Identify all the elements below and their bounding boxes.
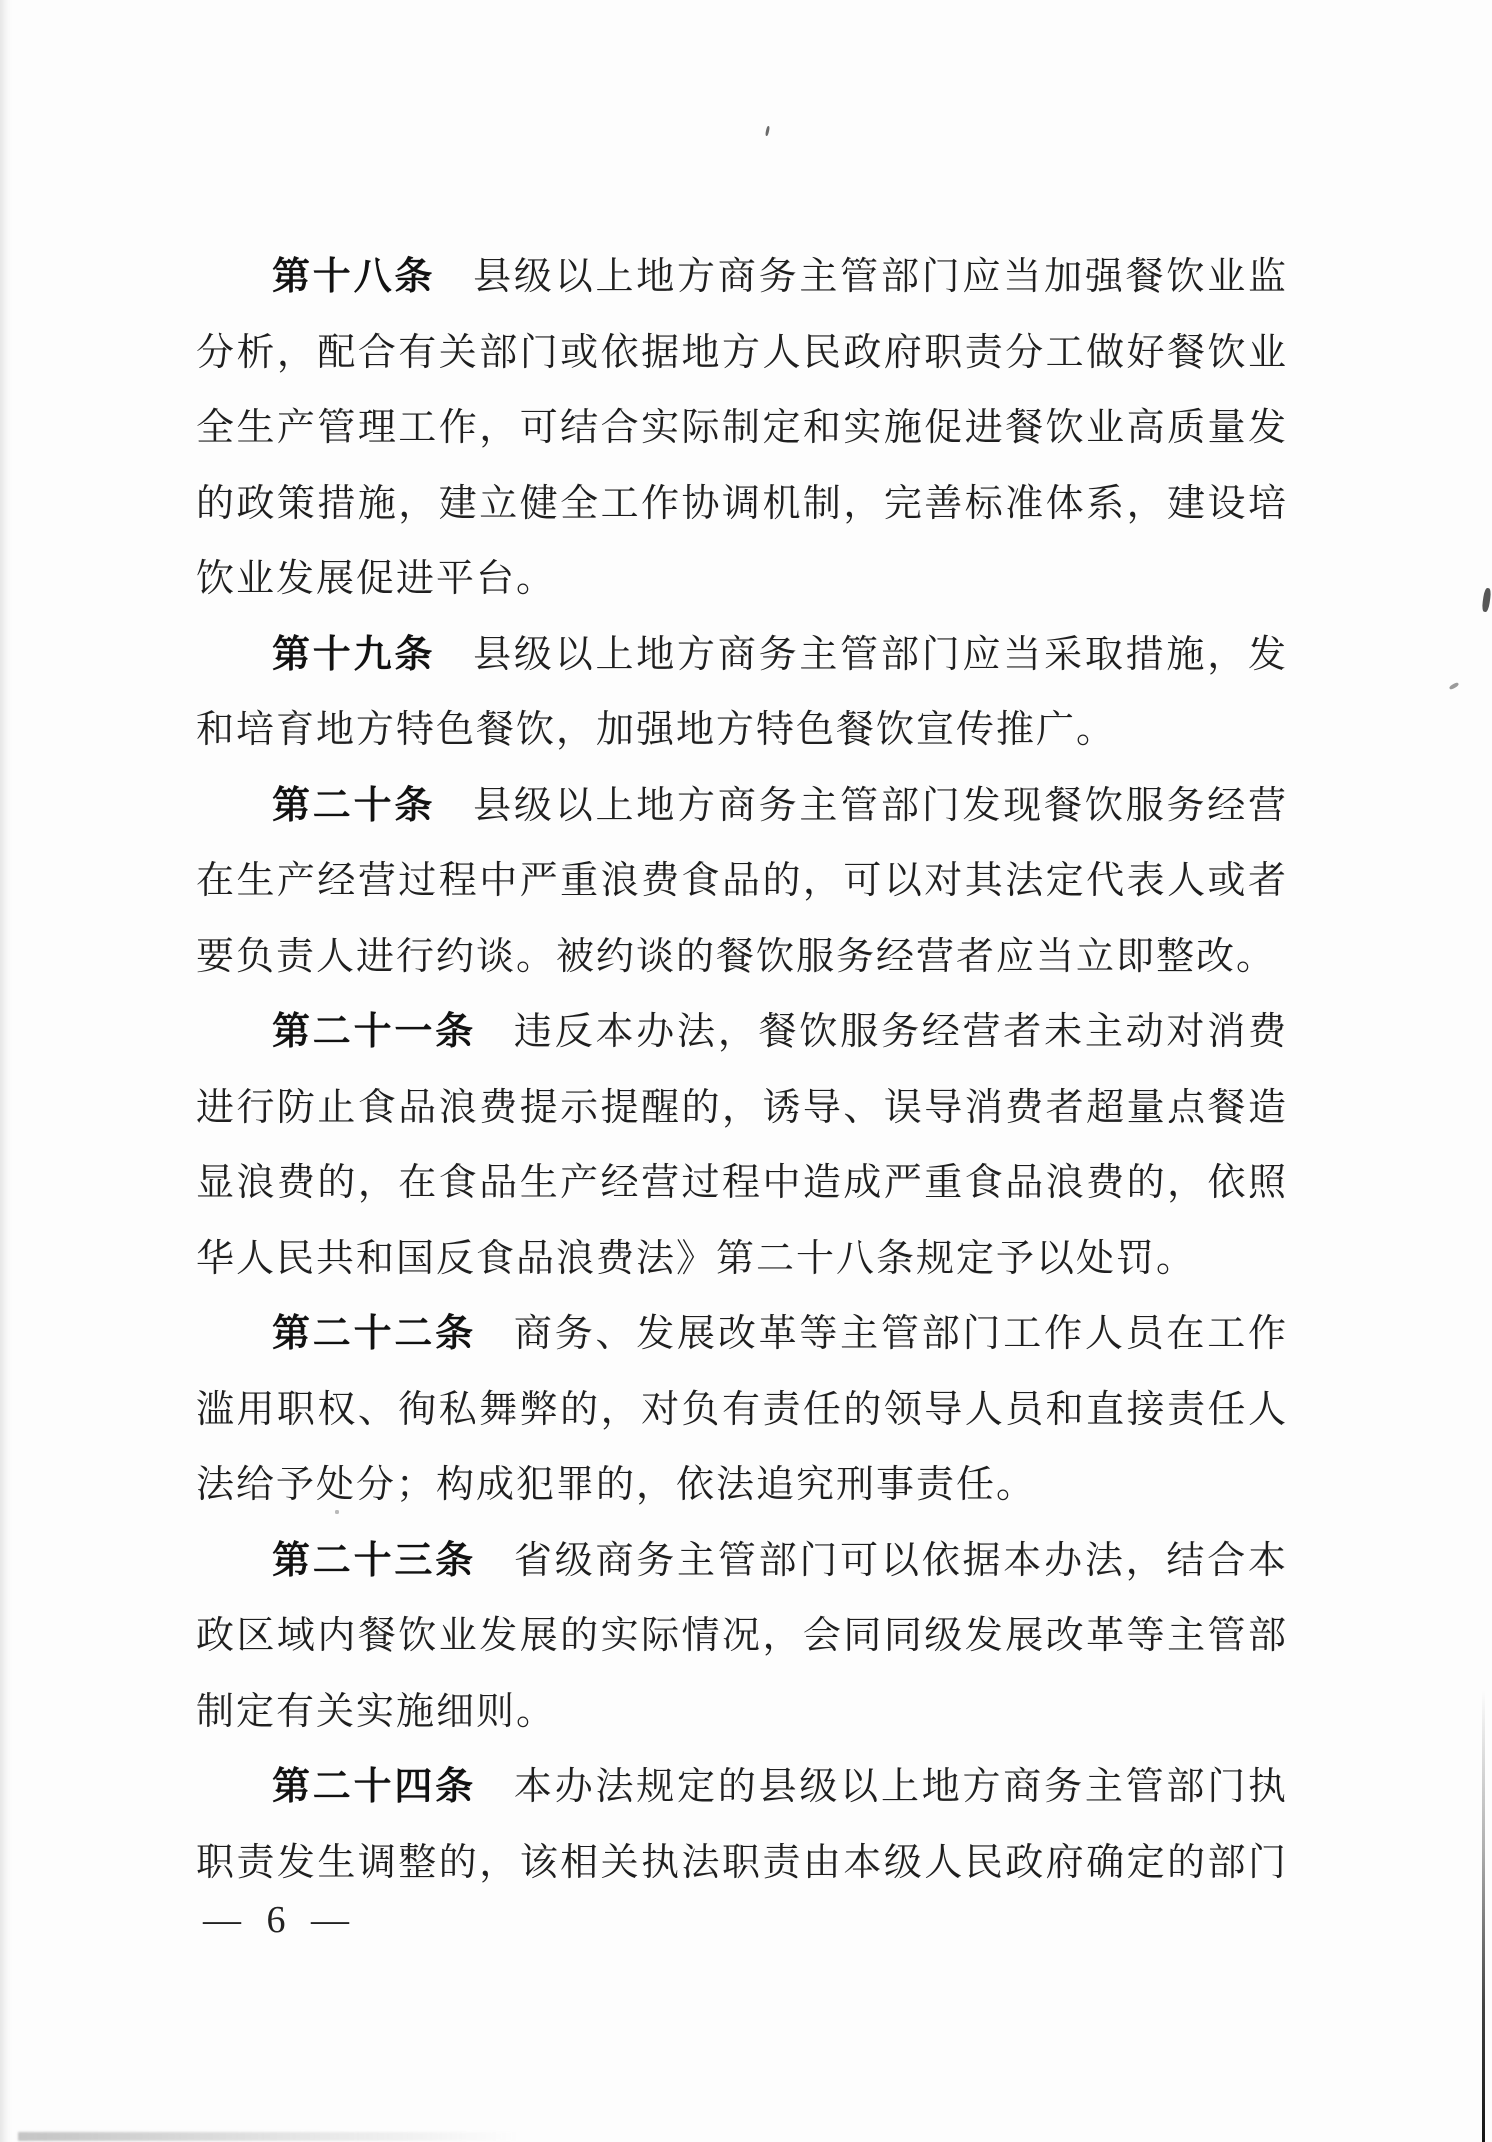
scan-edge-shadow	[0, 0, 12, 2142]
line-text: 滥用职权、徇私舞弊的，对负有责任的领导人员和直接责任人员依	[196, 1389, 1288, 1449]
article-number: 第二十一条	[272, 1011, 476, 1053]
text-line: 第二十一条违反本办法，餐饮服务经营者未主动对消费者	[196, 995, 1288, 1071]
line-text: 全生产管理工作，可结合实际制定和实施促进餐饮业高质量发展	[196, 407, 1288, 467]
line-text: 职责发生调整的，该相关执法职责由本级人民政府确定的部门	[196, 1842, 1288, 1884]
line-text: 的政策措施，建立健全工作协调机制，完善标准体系，建设培育餐	[196, 483, 1288, 543]
text-line: 分析，配合有关部门或依据地方人民政府职责分工做好餐饮业安	[196, 316, 1288, 392]
text-line: 的政策措施，建立健全工作协调机制，完善标准体系，建设培育餐	[196, 467, 1288, 543]
article-21: 第二十一条违反本办法，餐饮服务经营者未主动对消费者 进行防止食品浪费提示提醒的，…	[196, 995, 1288, 1297]
text-line: 政区域内餐饮业发展的实际情况，会同同级发展改革等主管部门	[196, 1599, 1288, 1675]
article-24: 第二十四条本办法规定的县级以上地方商务主管部门执法 职责发生调整的，该相关执法职…	[196, 1750, 1288, 1901]
article-23: 第二十三条省级商务主管部门可以依据本办法，结合本行 政区域内餐饮业发展的实际情况…	[196, 1524, 1288, 1751]
scan-speckle	[1481, 588, 1491, 613]
text-line: 法给予处分；构成犯罪的，依法追究刑事责任。	[196, 1448, 1288, 1524]
scan-speckle	[335, 1510, 339, 1514]
line-text: 华人民共和国反食品浪费法》第二十八条规定予以处罚。	[196, 1238, 1196, 1280]
article-number: 第二十条	[272, 785, 435, 827]
text-line: 和培育地方特色餐饮，加强地方特色餐饮宣传推广。	[196, 693, 1288, 769]
line-text: 法给予处分；构成犯罪的，依法追究刑事责任。	[196, 1464, 1036, 1506]
scan-edge-line	[1482, 1690, 1485, 2142]
text-line: 第十九条县级以上地方商务主管部门应当采取措施，发展	[196, 618, 1288, 694]
line-text: 在生产经营过程中严重浪费食品的，可以对其法定代表人或者主	[196, 860, 1288, 920]
text-line: 制定有关实施细则。	[196, 1675, 1288, 1751]
text-line: 第二十三条省级商务主管部门可以依据本办法，结合本行	[196, 1524, 1288, 1600]
text-line: 第二十二条商务、发展改革等主管部门工作人员在工作中	[196, 1297, 1288, 1373]
line-text: 进行防止食品浪费提示提醒的，诱导、误导消费者超量点餐造成明	[196, 1087, 1288, 1147]
scan-speckle	[1449, 682, 1460, 690]
page-number: — 6 —	[203, 1898, 350, 1942]
line-text: 显浪费的，在食品生产经营过程中造成严重食品浪费的，依照《中	[196, 1162, 1288, 1222]
text-line: 显浪费的，在食品生产经营过程中造成严重食品浪费的，依照《中	[196, 1146, 1288, 1222]
text-line: 进行防止食品浪费提示提醒的，诱导、误导消费者超量点餐造成明	[196, 1071, 1288, 1147]
line-text: 制定有关实施细则。	[196, 1691, 556, 1733]
text-line: 第二十条县级以上地方商务主管部门发现餐饮服务经营者	[196, 769, 1288, 845]
line-text: 政区域内餐饮业发展的实际情况，会同同级发展改革等主管部门	[196, 1615, 1288, 1675]
scan-smudge	[18, 2132, 518, 2141]
article-number: 第二十四条	[272, 1766, 476, 1808]
line-text: 要负责人进行约谈。被约谈的餐饮服务经营者应当立即整改。	[196, 936, 1276, 978]
article-number: 第十九条	[272, 634, 435, 676]
text-line: 职责发生调整的，该相关执法职责由本级人民政府确定的部门	[196, 1826, 1288, 1902]
article-number: 第十八条	[272, 256, 435, 298]
scan-speckle	[765, 126, 770, 136]
text-line: 在生产经营过程中严重浪费食品的，可以对其法定代表人或者主	[196, 844, 1288, 920]
line-text: 分析，配合有关部门或依据地方人民政府职责分工做好餐饮业安	[196, 332, 1288, 392]
text-line: 第十八条县级以上地方商务主管部门应当加强餐饮业监测	[196, 240, 1288, 316]
document-page: 第十八条县级以上地方商务主管部门应当加强餐饮业监测 分析，配合有关部门或依据地方…	[0, 0, 1492, 2142]
article-22: 第二十二条商务、发展改革等主管部门工作人员在工作中 滥用职权、徇私舞弊的，对负有…	[196, 1297, 1288, 1524]
text-line: 滥用职权、徇私舞弊的，对负有责任的领导人员和直接责任人员依	[196, 1373, 1288, 1449]
text-line: 饮业发展促进平台。	[196, 542, 1288, 618]
article-20: 第二十条县级以上地方商务主管部门发现餐饮服务经营者 在生产经营过程中严重浪费食品…	[196, 769, 1288, 996]
article-19: 第十九条县级以上地方商务主管部门应当采取措施，发展 和培育地方特色餐饮，加强地方…	[196, 618, 1288, 769]
article-number: 第二十三条	[272, 1540, 476, 1582]
text-line: 第二十四条本办法规定的县级以上地方商务主管部门执法	[196, 1750, 1288, 1826]
text-line: 要负责人进行约谈。被约谈的餐饮服务经营者应当立即整改。	[196, 920, 1288, 996]
text-line: 全生产管理工作，可结合实际制定和实施促进餐饮业高质量发展	[196, 391, 1288, 467]
line-text: 和培育地方特色餐饮，加强地方特色餐饮宣传推广。	[196, 709, 1116, 751]
document-body: 第十八条县级以上地方商务主管部门应当加强餐饮业监测 分析，配合有关部门或依据地方…	[196, 240, 1288, 1901]
line-text: 饮业发展促进平台。	[196, 558, 556, 600]
text-line: 华人民共和国反食品浪费法》第二十八条规定予以处罚。	[196, 1222, 1288, 1298]
article-18: 第十八条县级以上地方商务主管部门应当加强餐饮业监测 分析，配合有关部门或依据地方…	[196, 240, 1288, 618]
article-number: 第二十二条	[272, 1313, 476, 1355]
